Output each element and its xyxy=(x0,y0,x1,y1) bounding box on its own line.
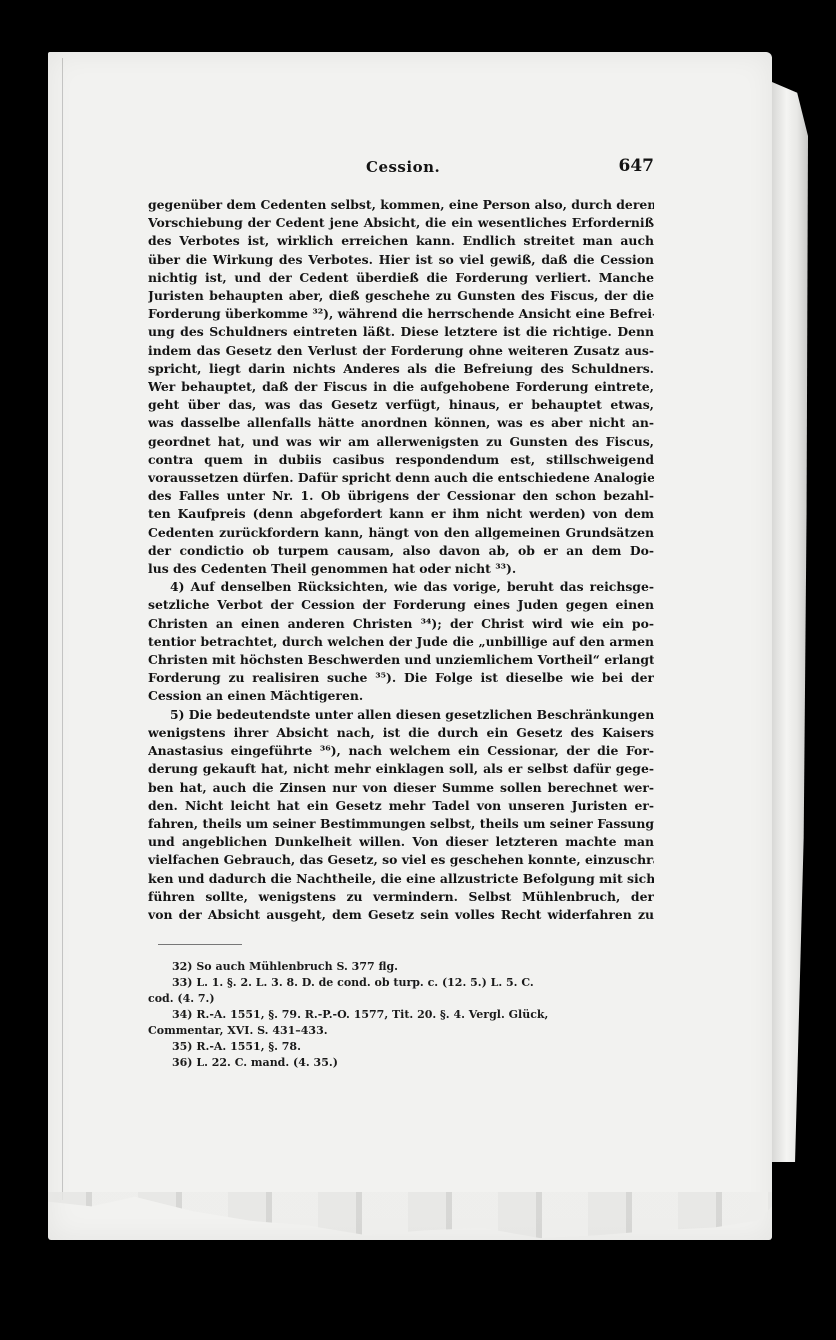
text-line: Juristen behaupten aber, dieß geschehe z… xyxy=(148,287,654,305)
footnote-divider xyxy=(158,944,242,945)
footnote-line: 35) R.-A. 1551, §. 78. xyxy=(148,1039,654,1055)
running-head: Cession. 647 xyxy=(148,150,654,184)
text-line: 4) Auf denselben Rücksichten, wie das vo… xyxy=(148,578,654,596)
text-line: über die Wirkung des Verbotes. Hier ist … xyxy=(148,251,654,269)
text-line: indem das Gesetz den Verlust der Forderu… xyxy=(148,342,654,360)
running-title: Cession. xyxy=(366,158,440,176)
text-line: geht über das, was das Gesetz verfügt, h… xyxy=(148,396,654,414)
page-content: Cession. 647 gegenüber dem Cedenten selb… xyxy=(148,150,654,1071)
footnote-line: 34) R.-A. 1551, §. 79. R.-P.-O. 1577, Ti… xyxy=(148,1007,654,1023)
text-line: Cession an einen Mächtigeren. xyxy=(148,687,654,705)
text-line: gegenüber dem Cedenten selbst, kommen, e… xyxy=(148,196,654,214)
page-edge-stack xyxy=(772,82,808,1162)
text-line: Wer behauptet, daß der Fiscus in die auf… xyxy=(148,378,654,396)
footnote-line: cod. (4. 7.) xyxy=(148,991,654,1007)
text-line: Christen an einen anderen Christen ³⁴); … xyxy=(148,615,654,633)
text-line: von der Absicht ausgeht, dem Gesetz sein… xyxy=(148,906,654,924)
text-line: geordnet hat, und was wir am allerwenigs… xyxy=(148,433,654,451)
text-line: nichtig ist, und der Cedent überdieß die… xyxy=(148,269,654,287)
text-line: lus des Cedenten Theil genommen hat oder… xyxy=(148,560,654,578)
text-line: fahren, theils um seiner Bestimmungen se… xyxy=(148,815,654,833)
footnotes: 32) So auch Mühlenbruch S. 377 flg.33) L… xyxy=(148,959,654,1071)
footnote-line: 32) So auch Mühlenbruch S. 377 flg. xyxy=(148,959,654,975)
text-line: der condictio ob turpem causam, also dav… xyxy=(148,542,654,560)
text-line: des Verbotes ist, wirklich erreichen kan… xyxy=(148,232,654,250)
text-line: was dasselbe allenfalls hätte anordnen k… xyxy=(148,414,654,432)
text-line: führen sollte, wenigstens zu vermindern.… xyxy=(148,888,654,906)
text-line: ken und dadurch die Nachtheile, die eine… xyxy=(148,870,654,888)
text-line: und angeblichen Dunkelheit willen. Von d… xyxy=(148,833,654,851)
text-line: setzliche Verbot der Cession der Forderu… xyxy=(148,596,654,614)
text-line: spricht, liegt darin nichts Anderes als … xyxy=(148,360,654,378)
text-line: des Falles unter Nr. 1. Ob übrigens der … xyxy=(148,487,654,505)
text-line: contra quem in dubiis casibus respondend… xyxy=(148,451,654,469)
footnote-line: 33) L. 1. §. 2. L. 3. 8. D. de cond. ob … xyxy=(148,975,654,991)
text-line: Anastasius eingeführte ³⁶), nach welchem… xyxy=(148,742,654,760)
text-line: ten Kaufpreis (denn abgefordert kann er … xyxy=(148,505,654,523)
body-text: gegenüber dem Cedenten selbst, kommen, e… xyxy=(148,196,654,924)
text-line: wenigstens ihrer Absicht nach, ist die d… xyxy=(148,724,654,742)
text-line: Christen mit höchsten Beschwerden und un… xyxy=(148,651,654,669)
text-line: 5) Die bedeutendste unter allen diesen g… xyxy=(148,706,654,724)
text-line: Cedenten zurückfordern kann, hängt von d… xyxy=(148,524,654,542)
text-line: ung des Schuldners eintreten läßt. Diese… xyxy=(148,323,654,341)
text-line: ben hat, auch die Zinsen nur von dieser … xyxy=(148,779,654,797)
scan-background: Cession. 647 gegenüber dem Cedenten selb… xyxy=(0,0,836,1340)
text-line: vielfachen Gebrauch, das Gesetz, so viel… xyxy=(148,851,654,869)
torn-bottom-edge xyxy=(48,1192,772,1240)
text-line: Forderung zu realisiren suche ³⁵). Die F… xyxy=(148,669,654,687)
text-line: voraussetzen dürfen. Dafür spricht denn … xyxy=(148,469,654,487)
text-line: Forderung überkomme ³²), während die her… xyxy=(148,305,654,323)
text-line: Vorschiebung der Cedent jene Absicht, di… xyxy=(148,214,654,232)
page-number: 647 xyxy=(619,156,655,176)
footnote-line: 36) L. 22. C. mand. (4. 35.) xyxy=(148,1055,654,1071)
text-line: den. Nicht leicht hat ein Gesetz mehr Ta… xyxy=(148,797,654,815)
footnote-line: Commentar, XVI. S. 431–433. xyxy=(148,1023,654,1039)
text-line: tentior betrachtet, durch welchen der Ju… xyxy=(148,633,654,651)
text-line: derung gekauft hat, nicht mehr einklagen… xyxy=(148,760,654,778)
